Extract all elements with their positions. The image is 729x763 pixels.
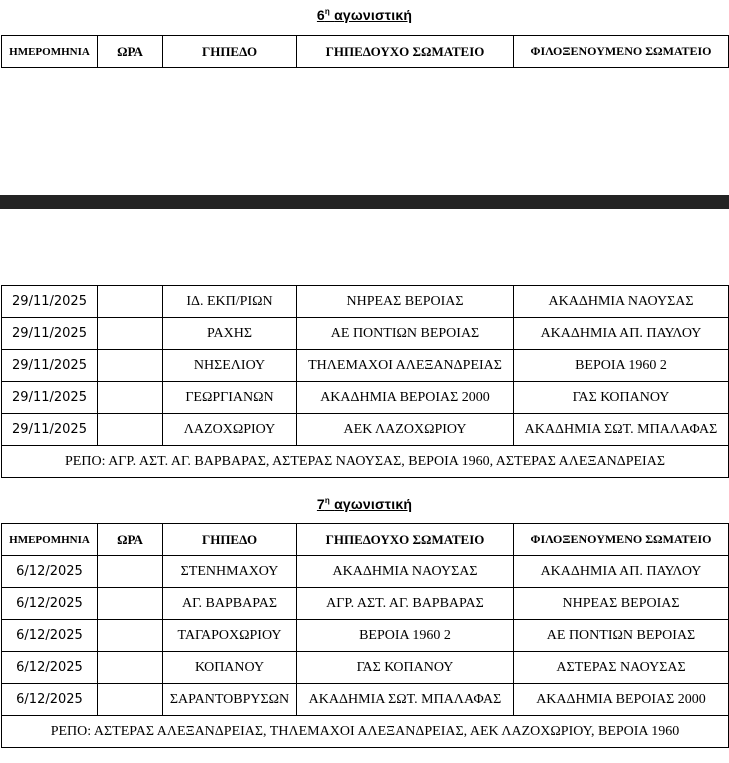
fixture-time [98, 588, 163, 620]
header-date: ΗΜΕΡΟΜΗΝΙΑ [2, 524, 98, 556]
fixture-time [98, 382, 163, 414]
fixture-venue: ΣΤΕΝΗΜΑΧΟΥ [163, 556, 297, 588]
ordinal-suffix: η [325, 496, 330, 505]
bye-teams: ΡΕΠΟ: ΑΣΤΕΡΑΣ ΑΛΕΞΑΝΔΡΕΙΑΣ, ΤΗΛΕΜΑΧΟΙ ΑΛ… [2, 716, 729, 748]
fixture-home-team: ΓΑΣ ΚΟΠΑΝΟΥ [297, 652, 514, 684]
round-7-title: 7η αγωνιστική [0, 496, 729, 512]
round-6-title: 6η αγωνιστική [0, 7, 729, 23]
fixture-home-team: ΒΕΡΟΙΑ 1960 2 [297, 620, 514, 652]
fixture-away-team: ΑΣΤΕΡΑΣ ΝΑΟΥΣΑΣ [514, 652, 729, 684]
fixture-venue: ΚΟΠΑΝΟΥ [163, 652, 297, 684]
bye-teams: ΡΕΠΟ: ΑΓΡ. ΑΣΤ. ΑΓ. ΒΑΡΒΑΡΑΣ, ΑΣΤΕΡΑΣ ΝΑ… [2, 446, 729, 478]
fixture-away-team: ΑΚΑΔΗΜΙΑ ΒΕΡΟΙΑΣ 2000 [514, 684, 729, 716]
fixture-away-team: ΒΕΡΟΙΑ 1960 2 [514, 350, 729, 382]
header-home-team: ΓΗΠΕΔΟΥΧΟ ΣΩΜΑΤΕΙΟ [297, 36, 514, 68]
fixture-date: 6/12/2025 [2, 684, 98, 716]
fixture-away-team: ΝΗΡΕΑΣ ΒΕΡΟΙΑΣ [514, 588, 729, 620]
header-time: ΩΡΑ [98, 524, 163, 556]
fixture-home-team: ΑΚΑΔΗΜΙΑ ΝΑΟΥΣΑΣ [297, 556, 514, 588]
fixture-time [98, 652, 163, 684]
fixture-date: 29/11/2025 [2, 414, 98, 446]
page-break-divider [0, 195, 729, 209]
header-away-team: ΦΙΛΟΞΕΝΟΥΜΕΝΟ ΣΩΜΑΤΕΙΟ [514, 36, 729, 68]
fixture-away-team: ΑΚΑΔΗΜΙΑ ΑΠ. ΠΑΥΛΟΥ [514, 556, 729, 588]
fixture-time [98, 286, 163, 318]
fixture-time [98, 620, 163, 652]
fixture-venue: ΝΗΣΕΛΙΟΥ [163, 350, 297, 382]
fixture-row: 29/11/2025ΓΕΩΡΓΙΑΝΩΝΑΚΑΔΗΜΙΑ ΒΕΡΟΙΑΣ 200… [2, 382, 729, 414]
fixture-time [98, 684, 163, 716]
round-number: 6 [317, 7, 325, 23]
fixture-away-team: ΓΑΣ ΚΟΠΑΝΟΥ [514, 382, 729, 414]
fixture-date: 29/11/2025 [2, 350, 98, 382]
header-home-team: ΓΗΠΕΔΟΥΧΟ ΣΩΜΑΤΕΙΟ [297, 524, 514, 556]
fixture-time [98, 556, 163, 588]
fixture-row: 6/12/2025ΑΓ. ΒΑΡΒΑΡΑΣΑΓΡ. ΑΣΤ. ΑΓ. ΒΑΡΒΑ… [2, 588, 729, 620]
fixture-date: 6/12/2025 [2, 556, 98, 588]
fixture-home-team: ΑΚΑΔΗΜΙΑ ΣΩΤ. ΜΠΑΛΑΦΑΣ [297, 684, 514, 716]
fixture-row: 29/11/2025ΝΗΣΕΛΙΟΥΤΗΛΕΜΑΧΟΙ ΑΛΕΞΑΝΔΡΕΙΑΣ… [2, 350, 729, 382]
round-6-fixtures-table: 29/11/2025ΙΔ. ΕΚΠ/ΡΙΩΝΝΗΡΕΑΣ ΒΕΡΟΙΑΣΑΚΑΔ… [1, 285, 729, 478]
fixture-row: 6/12/2025ΣΤΕΝΗΜΑΧΟΥΑΚΑΔΗΜΙΑ ΝΑΟΥΣΑΣΑΚΑΔΗ… [2, 556, 729, 588]
fixture-venue: ΛΑΖΟΧΩΡΙΟΥ [163, 414, 297, 446]
header-venue: ΓΗΠΕΔΟ [163, 36, 297, 68]
fixture-date: 6/12/2025 [2, 652, 98, 684]
fixture-home-team: ΑΓΡ. ΑΣΤ. ΑΓ. ΒΑΡΒΑΡΑΣ [297, 588, 514, 620]
fixture-row: 29/11/2025ΡΑΧΗΣΑΕ ΠΟΝΤΙΩΝ ΒΕΡΟΙΑΣΑΚΑΔΗΜΙ… [2, 318, 729, 350]
fixture-venue: ΑΓ. ΒΑΡΒΑΡΑΣ [163, 588, 297, 620]
fixture-row: 6/12/2025ΤΑΓΑΡΟΧΩΡΙΟΥΒΕΡΟΙΑ 1960 2ΑΕ ΠΟΝ… [2, 620, 729, 652]
fixture-time [98, 350, 163, 382]
round-label: αγωνιστική [334, 7, 412, 23]
header-date: ΗΜΕΡΟΜΗΝΙΑ [2, 36, 98, 68]
fixture-date: 6/12/2025 [2, 588, 98, 620]
fixture-date: 29/11/2025 [2, 286, 98, 318]
fixture-venue: ΡΑΧΗΣ [163, 318, 297, 350]
fixture-time [98, 318, 163, 350]
bye-row: ΡΕΠΟ: ΑΓΡ. ΑΣΤ. ΑΓ. ΒΑΡΒΑΡΑΣ, ΑΣΤΕΡΑΣ ΝΑ… [2, 446, 729, 478]
fixture-away-team: ΑΕ ΠΟΝΤΙΩΝ ΒΕΡΟΙΑΣ [514, 620, 729, 652]
header-time: ΩΡΑ [98, 36, 163, 68]
fixture-home-team: ΑΚΑΔΗΜΙΑ ΒΕΡΟΙΑΣ 2000 [297, 382, 514, 414]
fixture-venue: ΙΔ. ΕΚΠ/ΡΙΩΝ [163, 286, 297, 318]
round-6-header-table: ΗΜΕΡΟΜΗΝΙΑ ΩΡΑ ΓΗΠΕΔΟ ΓΗΠΕΔΟΥΧΟ ΣΩΜΑΤΕΙΟ… [1, 35, 729, 68]
round-label: αγωνιστική [334, 496, 412, 512]
fixture-row: 6/12/2025ΣΑΡΑΝΤΟΒΡΥΣΩΝΑΚΑΔΗΜΙΑ ΣΩΤ. ΜΠΑΛ… [2, 684, 729, 716]
fixture-row: 6/12/2025ΚΟΠΑΝΟΥΓΑΣ ΚΟΠΑΝΟΥΑΣΤΕΡΑΣ ΝΑΟΥΣ… [2, 652, 729, 684]
header-away-team: ΦΙΛΟΞΕΝΟΥΜΕΝΟ ΣΩΜΑΤΕΙΟ [514, 524, 729, 556]
header-row: ΗΜΕΡΟΜΗΝΙΑ ΩΡΑ ΓΗΠΕΔΟ ΓΗΠΕΔΟΥΧΟ ΣΩΜΑΤΕΙΟ… [2, 524, 729, 556]
fixture-date: 6/12/2025 [2, 620, 98, 652]
fixture-home-team: ΤΗΛΕΜΑΧΟΙ ΑΛΕΞΑΝΔΡΕΙΑΣ [297, 350, 514, 382]
header-venue: ΓΗΠΕΔΟ [163, 524, 297, 556]
fixture-date: 29/11/2025 [2, 382, 98, 414]
round-number: 7 [317, 496, 325, 512]
fixture-away-team: ΑΚΑΔΗΜΙΑ ΣΩΤ. ΜΠΑΛΑΦΑΣ [514, 414, 729, 446]
fixture-venue: ΤΑΓΑΡΟΧΩΡΙΟΥ [163, 620, 297, 652]
fixture-away-team: ΑΚΑΔΗΜΙΑ ΑΠ. ΠΑΥΛΟΥ [514, 318, 729, 350]
fixture-home-team: ΑΕΚ ΛΑΖΟΧΩΡΙΟΥ [297, 414, 514, 446]
fixture-home-team: ΝΗΡΕΑΣ ΒΕΡΟΙΑΣ [297, 286, 514, 318]
fixture-venue: ΓΕΩΡΓΙΑΝΩΝ [163, 382, 297, 414]
ordinal-suffix: η [325, 7, 330, 16]
fixture-date: 29/11/2025 [2, 318, 98, 350]
bye-row: ΡΕΠΟ: ΑΣΤΕΡΑΣ ΑΛΕΞΑΝΔΡΕΙΑΣ, ΤΗΛΕΜΑΧΟΙ ΑΛ… [2, 716, 729, 748]
fixture-venue: ΣΑΡΑΝΤΟΒΡΥΣΩΝ [163, 684, 297, 716]
fixture-time [98, 414, 163, 446]
fixture-row: 29/11/2025ΛΑΖΟΧΩΡΙΟΥΑΕΚ ΛΑΖΟΧΩΡΙΟΥΑΚΑΔΗΜ… [2, 414, 729, 446]
header-row: ΗΜΕΡΟΜΗΝΙΑ ΩΡΑ ΓΗΠΕΔΟ ΓΗΠΕΔΟΥΧΟ ΣΩΜΑΤΕΙΟ… [2, 36, 729, 68]
round-7-fixtures-table: ΗΜΕΡΟΜΗΝΙΑ ΩΡΑ ΓΗΠΕΔΟ ΓΗΠΕΔΟΥΧΟ ΣΩΜΑΤΕΙΟ… [1, 523, 729, 748]
fixture-home-team: ΑΕ ΠΟΝΤΙΩΝ ΒΕΡΟΙΑΣ [297, 318, 514, 350]
fixture-away-team: ΑΚΑΔΗΜΙΑ ΝΑΟΥΣΑΣ [514, 286, 729, 318]
fixture-row: 29/11/2025ΙΔ. ΕΚΠ/ΡΙΩΝΝΗΡΕΑΣ ΒΕΡΟΙΑΣΑΚΑΔ… [2, 286, 729, 318]
